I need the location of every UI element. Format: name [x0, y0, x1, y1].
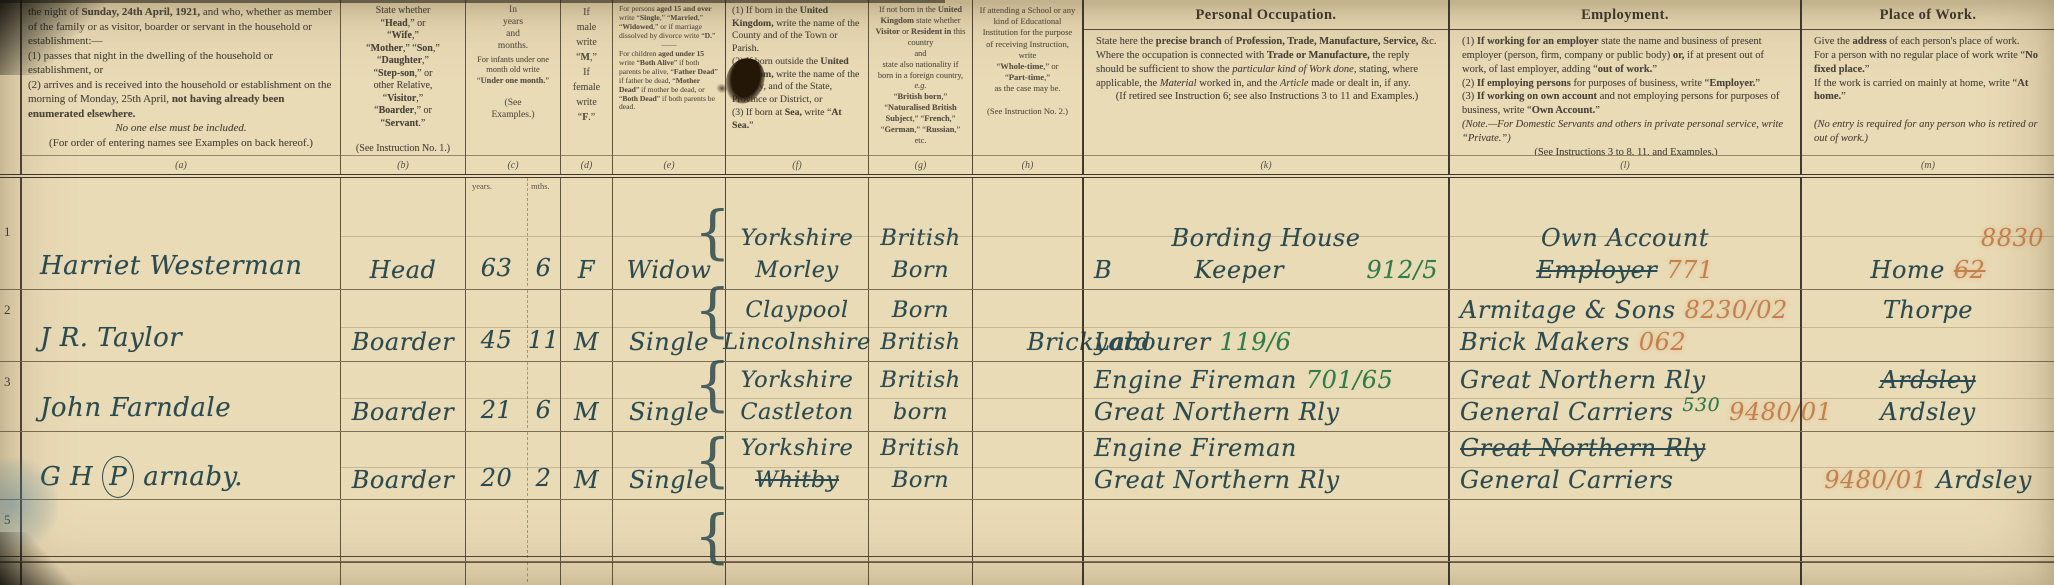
column-letter-e: (e): [613, 155, 725, 174]
employment-section-title: Employment.: [1450, 0, 1800, 30]
handwritten-text: M: [574, 326, 599, 358]
cell-place: Thorpe: [1800, 290, 2054, 361]
entry-sex: M: [561, 326, 612, 358]
column-letter-b: (b): [341, 155, 465, 174]
entry-birth: Claypool: [726, 294, 868, 326]
column-letter-l: (l): [1450, 155, 1800, 174]
cell-birth: [725, 500, 868, 561]
handwritten-text: M: [574, 464, 599, 496]
cell-emp: [1448, 562, 1800, 585]
entry-name: G H Parnaby.: [22, 456, 340, 496]
entry-sex: M: [561, 464, 612, 496]
entry-emp: Brick Makers062: [1450, 326, 1800, 358]
cell-name: G H Parnaby.: [20, 432, 340, 499]
cell-occ: Labourer119/6: [1082, 290, 1448, 361]
column-header-age: Inyearsandmonths.For infants under one m…: [465, 0, 560, 174]
entry-emp: Great Northern Rly: [1450, 364, 1800, 396]
cell-relation: [340, 562, 465, 585]
nationality-instructions: If not born in the United Kingdom state …: [869, 0, 972, 155]
cell-place: [1800, 562, 2054, 585]
handwritten-text: British: [880, 222, 960, 254]
column-letter-h: (h): [973, 155, 1082, 174]
cell-age: [465, 500, 560, 561]
cell-nat: BornBritish: [868, 290, 972, 361]
cell-age: 216: [465, 362, 560, 431]
handwritten-text: Born: [892, 464, 949, 496]
cell-place: [1800, 500, 2054, 561]
handwritten-text: arnaby.: [143, 457, 243, 497]
table-row: [0, 562, 2054, 585]
handwritten-text: Great Northern Rly: [1460, 364, 1706, 396]
cell-emp: Great Northern RlyGeneral Carriers530948…: [1448, 362, 1800, 431]
handwritten-text: Labourer: [1094, 326, 1211, 358]
handwritten-text: Yorkshire: [741, 222, 854, 254]
entry-birth: Yorkshire: [726, 222, 868, 254]
table-row: 3John FarndaleBoarder216MSingleYorkshire…: [0, 362, 2054, 432]
column-header-relationship: State whether“Head,” or“Wife,”“Mother,” …: [340, 0, 465, 174]
handwritten-text: British: [880, 432, 960, 464]
handwritten-text: F: [578, 254, 595, 286]
handwritten-text: 63: [481, 254, 513, 282]
column-letter-c: (c): [466, 155, 560, 174]
handwritten-text: Great Northern Rly: [1460, 432, 1706, 464]
entry-edu: Brickyard: [973, 326, 1082, 358]
column-header-place-of-work: Place of Work. Give the address of each …: [1800, 0, 2054, 174]
handwritten-text: Yorkshire: [741, 364, 854, 396]
handwritten-text: Brick Makers: [1460, 326, 1630, 358]
cell-sex: [560, 562, 612, 585]
handwritten-text: General Carriers: [1460, 396, 1673, 428]
birthplace-brace-row4: {: [694, 420, 720, 500]
handwritten-text: 530: [1682, 389, 1720, 421]
handwritten-text: Keeper: [1194, 254, 1284, 286]
cell-relation: Boarder: [340, 290, 465, 361]
column-letter-m: (m): [1802, 155, 2054, 174]
column-header-marriage: For persons aged 15 and over write “Sing…: [612, 0, 725, 174]
entry-nat: born: [869, 396, 972, 428]
photo-corner-shadow-top-left: [0, 0, 135, 75]
entry-nat: British: [869, 326, 972, 358]
handwritten-text: John Farndale: [40, 388, 231, 428]
handwritten-text: Ardsley: [1880, 396, 1975, 428]
handwritten-text: Great Northern Rly: [1094, 396, 1340, 428]
handwritten-text: Engine Fireman: [1094, 364, 1297, 396]
cell-emp: Armitage & Sons8230/02Brick Makers062: [1448, 290, 1800, 361]
cell-occ: Engine FiremanGreat Northern Rly: [1082, 432, 1448, 499]
entry-occ: Bording House: [1084, 222, 1448, 254]
column-header-sex: Ifmalewrite“M,”Iffemalewrite“F.” (d): [560, 0, 612, 174]
handwritten-text: Bording House: [1172, 222, 1361, 254]
cell-birth: YorkshireWhitby: [725, 432, 868, 499]
entry-occ: [1084, 294, 1448, 326]
place-of-work-instructions: Give the address of each person's place …: [1802, 30, 2054, 155]
cell-sex: F: [560, 178, 612, 289]
handwritten-text: 21: [481, 396, 513, 424]
entry-nat: Born: [869, 464, 972, 496]
entry-age: [466, 562, 560, 582]
entry-emp: Own Account: [1450, 222, 1800, 254]
column-header-occupation: Personal Occupation. State here the prec…: [1082, 0, 1448, 174]
entry-emp: Employer771: [1450, 254, 1800, 286]
entry-occ: Great Northern Rly: [1084, 464, 1448, 496]
entry-birth: Lincolnshire: [726, 326, 868, 358]
cell-nat: [868, 562, 972, 585]
cell-name: Harriet Westerman: [20, 178, 340, 289]
cell-sex: M: [560, 290, 612, 361]
entry-nat: Born: [869, 294, 972, 326]
cell-sex: [560, 500, 612, 561]
entry-age: 216: [466, 362, 560, 428]
entry-occ: Labourer119/6: [1084, 326, 1448, 358]
handwritten-text: Yorkshire: [741, 432, 854, 464]
entry-nat: British: [869, 222, 972, 254]
cell-edu: [972, 500, 1082, 561]
cell-relation: Head: [340, 178, 465, 289]
cell-relation: Boarder: [340, 432, 465, 499]
column-letter-k: (k): [1084, 155, 1448, 174]
handwritten-text: born: [893, 396, 948, 428]
cell-birth: [725, 562, 868, 585]
handwritten-text: Ardsley: [1880, 364, 1975, 396]
age-instructions: Inyearsandmonths.For infants under one m…: [466, 0, 560, 155]
entry-birth: Whitby: [726, 464, 868, 496]
cell-sex: M: [560, 362, 612, 431]
entry-name: J R. Taylor: [22, 318, 340, 358]
entry-birth: Morley: [726, 254, 868, 286]
cell-nat: Britishborn: [868, 362, 972, 431]
cell-relation: Boarder: [340, 362, 465, 431]
row-number: 3: [0, 362, 20, 431]
cell-nat: [868, 500, 972, 561]
birthplace-brace-row1: {: [694, 192, 720, 272]
column-letter-d: (d): [561, 155, 612, 174]
handwritten-text: British: [880, 326, 960, 358]
handwritten-text: 62: [1954, 254, 1986, 286]
cell-name: John Farndale: [20, 362, 340, 431]
sex-instructions: Ifmalewrite“M,”Iffemalewrite“F.”: [561, 0, 612, 155]
handwritten-text: J R. Taylor: [40, 318, 182, 358]
relationship-instructions: State whether“Head,” or“Wife,”“Mother,” …: [341, 0, 465, 155]
handwritten-text: 912/5: [1366, 254, 1438, 286]
cell-edu: [972, 362, 1082, 431]
column-letter-f: (f): [726, 155, 868, 174]
cell-age: 636: [465, 178, 560, 289]
handwritten-text: 45: [481, 326, 513, 354]
handwritten-text: Ardsley: [1936, 464, 2031, 496]
handwritten-text: 771: [1666, 254, 1713, 286]
cell-age: 202: [465, 432, 560, 499]
table-row: G H Parnaby.Boarder202MSingleYorkshireWh…: [0, 432, 2054, 500]
handwritten-text: B: [1094, 254, 1112, 286]
handwritten-text: Employer: [1536, 254, 1657, 286]
handwritten-text: Harriet Westerman: [40, 246, 302, 286]
cell-nat: BritishBorn: [868, 178, 972, 289]
employment-instructions: (1) If working for an employer state the…: [1450, 30, 1800, 155]
handwritten-text: 6: [536, 254, 552, 282]
entry-place: Home62: [1802, 254, 2054, 286]
entry-occ: Engine Fireman701/65: [1084, 364, 1448, 396]
handwritten-text: 9480/01: [1824, 464, 1927, 496]
age-months-sublabel: mths.: [531, 181, 550, 191]
handwritten-text: Own Account: [1541, 222, 1709, 254]
handwritten-text: 8830: [1981, 222, 2044, 254]
entry-nat: British: [869, 364, 972, 396]
handwritten-text: Great Northern Rly: [1094, 464, 1340, 496]
cell-birth: YorkshireCastleton: [725, 362, 868, 431]
entry-nat: Born: [869, 254, 972, 286]
handwritten-text: General Carriers: [1460, 464, 1673, 496]
heavy-bottom-rule: [0, 556, 2054, 563]
handwritten-text: Boarder: [352, 464, 454, 496]
entry-relation: Boarder: [341, 396, 465, 428]
cell-emp: Great Northern RlyGeneral Carriers: [1448, 432, 1800, 499]
column-letter-a: (a): [22, 155, 340, 174]
table-row: 1Harriet WestermanHead636FWidowYorkshire…: [0, 178, 2054, 290]
cell-birth: ClaypoolLincolnshire: [725, 290, 868, 361]
handwritten-text: Head: [370, 254, 437, 286]
entry-name: Harriet Westerman: [22, 246, 340, 286]
handwritten-text: M: [574, 396, 599, 428]
entry-place: [1802, 326, 2054, 358]
marriage-instructions: For persons aged 15 and over write “Sing…: [613, 0, 725, 155]
cell-emp: [1448, 500, 1800, 561]
column-header-employment: Employment. (1) If working for an employ…: [1448, 0, 1800, 174]
cell-nat: BritishBorn: [868, 432, 972, 499]
handwritten-text: Castleton: [740, 396, 853, 428]
cell-place: ArdsleyArdsley: [1800, 362, 2054, 431]
entry-birth: Yorkshire: [726, 364, 868, 396]
handwritten-text: Claypool: [745, 294, 848, 326]
handwritten-text: 8230/02: [1685, 294, 1788, 326]
cell-occ: [1082, 500, 1448, 561]
entry-occ: Engine Fireman: [1084, 432, 1448, 464]
cell-edu: [972, 562, 1082, 585]
entry-relation: Boarder: [341, 326, 465, 358]
entry-edu: [973, 294, 1082, 326]
handwritten-text: 6: [536, 396, 552, 424]
handwritten-text: Boarder: [352, 396, 454, 428]
handwritten-text: Morley: [755, 254, 839, 286]
row-number: 1: [0, 178, 20, 289]
age-years-sublabel: years.: [472, 181, 492, 191]
handwritten-text: Born: [892, 254, 949, 286]
handwritten-text: Home: [1871, 254, 1945, 286]
cell-occ: Engine Fireman701/65Great Northern Rly: [1082, 362, 1448, 431]
entry-place: Ardsley: [1802, 396, 2054, 428]
handwritten-text: Thorpe: [1883, 294, 1973, 326]
handwritten-text: 11: [528, 326, 560, 354]
handwritten-text: 062: [1639, 326, 1686, 358]
cell-relation: [340, 500, 465, 561]
entry-place: 8830: [1802, 222, 2054, 254]
column-header-education: If attending a School or any kind of Edu…: [972, 0, 1082, 174]
cell-birth: YorkshireMorley: [725, 178, 868, 289]
occupation-instructions: State here the precise branch of Profess…: [1084, 30, 1448, 155]
cell-sex: M: [560, 432, 612, 499]
handwritten-text: 119/6: [1220, 326, 1292, 358]
handwritten-text: Engine Fireman: [1094, 432, 1297, 464]
cell-edu: [972, 178, 1082, 289]
entry-age: [466, 500, 560, 558]
entry-relation: Boarder: [341, 464, 465, 496]
handwritten-text: British: [880, 364, 960, 396]
cell-place: 8830Home62: [1800, 178, 2054, 289]
birthplace-brace-row2: {: [694, 270, 720, 350]
cell-occ: Bording HouseBKeeper912/5: [1082, 178, 1448, 289]
place-of-work-section-title: Place of Work.: [1802, 0, 2054, 30]
cell-age: 4511: [465, 290, 560, 361]
column-letter-g: (g): [869, 155, 972, 174]
entry-emp: Great Northern Rly: [1450, 432, 1800, 464]
cell-emp: Own AccountEmployer771: [1448, 178, 1800, 289]
handwritten-text: 2: [536, 464, 552, 492]
handwritten-text: Born: [892, 294, 949, 326]
entry-occ: BKeeper912/5: [1084, 254, 1448, 286]
handwritten-text: 20: [481, 464, 513, 492]
row-number: 2: [0, 290, 20, 361]
entry-place: Thorpe: [1802, 294, 2054, 326]
entry-age: 202: [466, 432, 560, 496]
birthplace-brace-row3: {: [694, 344, 720, 424]
table-header: the night of Sunday, 24th April, 1921, a…: [0, 0, 2054, 178]
handwritten-text: P: [102, 456, 134, 498]
table-row: 2J R. TaylorBoarder4511MSingleClaypoolLi…: [0, 290, 2054, 362]
entry-age: 636: [466, 178, 560, 286]
entry-age: 4511: [466, 290, 560, 358]
entry-birth: Castleton: [726, 396, 868, 428]
handwritten-text: Whitby: [755, 464, 839, 496]
cell-edu: [972, 432, 1082, 499]
photo-corner-shadow-bottom-left: [0, 532, 75, 585]
entry-nat: British: [869, 432, 972, 464]
entry-relation: Head: [341, 254, 465, 286]
table-body: 1Harriet WestermanHead636FWidowYorkshire…: [0, 178, 2054, 585]
handwritten-text: 701/65: [1306, 364, 1393, 396]
entry-place: Ardsley: [1802, 364, 2054, 396]
entry-name: John Farndale: [22, 388, 340, 428]
birthplace-brace-row5: {: [694, 496, 720, 576]
cell-edu: Brickyard: [972, 290, 1082, 361]
entry-emp: General Carriers5309480/01: [1450, 396, 1800, 428]
handwritten-text: Armitage & Sons: [1460, 294, 1676, 326]
occupation-section-title: Personal Occupation.: [1084, 0, 1448, 30]
handwritten-text: Lincolnshire: [723, 326, 871, 358]
table-row: 5: [0, 500, 2054, 562]
entry-emp: Armitage & Sons8230/02: [1450, 294, 1800, 326]
entry-emp: General Carriers: [1450, 464, 1800, 496]
entry-place: [1802, 432, 2054, 464]
cell-occ: [1082, 562, 1448, 585]
entry-birth: Yorkshire: [726, 432, 868, 464]
entry-sex: M: [561, 396, 612, 428]
entry-sex: F: [561, 254, 612, 286]
cell-place: 9480/01Ardsley: [1800, 432, 2054, 499]
cell-name: J R. Taylor: [20, 290, 340, 361]
entry-place: 9480/01Ardsley: [1802, 464, 2054, 496]
cell-age: [465, 562, 560, 585]
column-header-nationality: If not born in the United Kingdom state …: [868, 0, 972, 174]
census-schedule-sheet: the night of Sunday, 24th April, 1921, a…: [0, 0, 2054, 585]
entry-occ: Great Northern Rly: [1084, 396, 1448, 428]
handwritten-text: Boarder: [352, 326, 454, 358]
education-instructions: If attending a School or any kind of Edu…: [973, 0, 1082, 155]
